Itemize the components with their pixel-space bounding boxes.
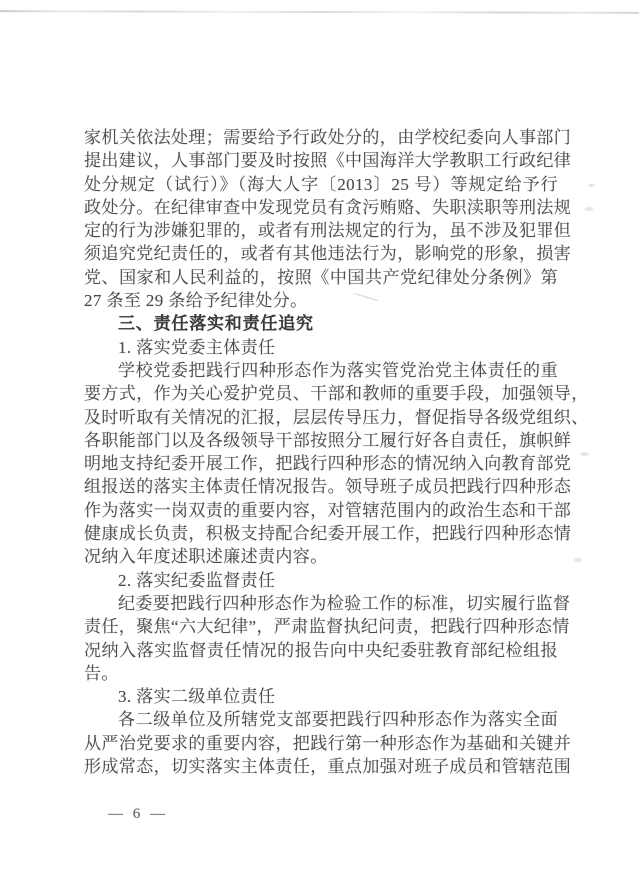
numbered-item-heading: 2. 落实纪委监督责任 [84, 569, 558, 592]
text-line: 形成常态，切实落实主体责任，重点加强对班子成员和管辖范围 [84, 755, 558, 778]
text-line: 及时听取有关情况的汇报，层层传导压力，督促指导各级党组织、 [84, 406, 558, 429]
text-line: 家机关依法处理；需要给予行政处分的，由学校纪委向人事部门 [84, 126, 558, 149]
text-line: 定的行为涉嫌犯罪的，或者有刑法规定的行为，虽不涉及犯罪但 [84, 219, 558, 242]
scan-speck [580, 452, 589, 456]
scan-speck [574, 558, 582, 562]
text-line: 各二级单位及所辖党支部要把践行四种形态作为落实全面 [84, 708, 558, 731]
document-page: 家机关依法处理；需要给予行政处分的，由学校纪委向人事部门提出建议，人事部门要及时… [0, 0, 639, 887]
text-line: 责任，聚焦“六大纪律”，严肃监督执纪问责，把践行四种形态情 [84, 615, 558, 638]
text-line: 处分规定（试行）》（海大人字〔2013〕25 号）等规定给予行 [84, 173, 558, 196]
page-number: — 6 — [108, 806, 168, 823]
text-line: 党、国家和人民利益的，按照《中国共产党纪律处分条例》第 [84, 266, 558, 289]
text-line: 学校党委把践行四种形态作为落实管党治党主体责任的重 [84, 359, 558, 382]
text-line: 须追究党纪责任的，或者有其他违法行为，影响党的形象，损害 [84, 242, 558, 265]
text-line: 健康成长负责，积极支持配合纪委开展工作，把践行四种形态情 [84, 522, 558, 545]
document-body: 家机关依法处理；需要给予行政处分的，由学校纪委向人事部门提出建议，人事部门要及时… [84, 126, 558, 778]
scan-speck [588, 184, 595, 187]
text-line: 纪委要把践行四种形态作为检验工作的标准，切实履行监督 [84, 592, 558, 615]
section-heading: 三、责任落实和责任追究 [84, 312, 558, 335]
text-line: 提出建议，人事部门要及时按照《中国海洋大学教职工行政纪律 [84, 149, 558, 172]
text-line: 要方式，作为关心爱护党员、干部和教师的重要手段，加强领导， [84, 382, 558, 405]
text-line: 况纳入落实监督责任情况的报告向中央纪委驻教育部纪检组报 [84, 639, 558, 662]
text-line: 27 条至 29 条给予纪律处分。 [84, 289, 558, 312]
text-line: 告。 [84, 662, 558, 685]
text-line: 况纳入年度述职述廉述责内容。 [84, 545, 558, 568]
text-line: 明地支持纪委开展工作，把践行四种形态的情况纳入向教育部党 [84, 452, 558, 475]
scan-edge-artifact [0, 10, 639, 14]
text-line: 从严治党要求的重要内容，把践行第一种形态作为基础和关键并 [84, 732, 558, 755]
scan-speck [585, 207, 593, 211]
numbered-item-heading: 3. 落实二级单位责任 [84, 685, 558, 708]
text-line: 组报送的落实主体责任情况报告。领导班子成员把践行四种形态 [84, 475, 558, 498]
numbered-item-heading: 1. 落实党委主体责任 [84, 336, 558, 359]
text-line: 作为落实一岗双责的重要内容，对管辖范围内的政治生态和干部 [84, 499, 558, 522]
text-line: 政处分。在纪律审查中发现党员有贪污贿赂、失职渎职等刑法规 [84, 196, 558, 219]
text-line: 各职能部门以及各级领导干部按照分工履行好各自责任，旗帜鲜 [84, 429, 558, 452]
